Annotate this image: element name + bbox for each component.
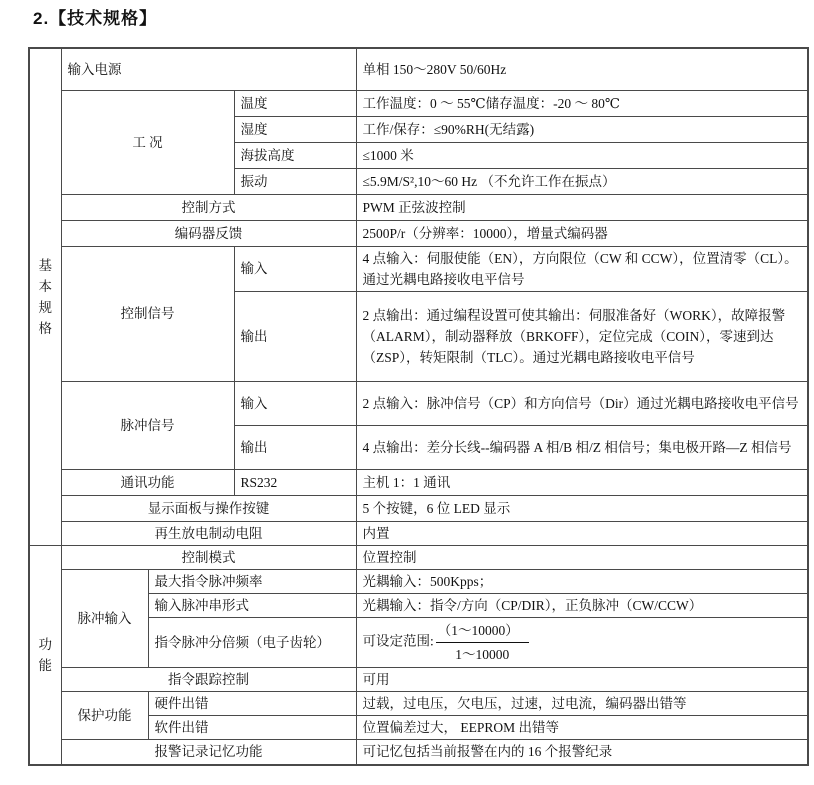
cell-alarm-memory-value: 可记忆包括当前报警在内的 16 个报警纪录 [356, 739, 808, 765]
cell-pulse-form-value: 光耦输入：指令/方向（CP/DIR），正负脉冲（CW/CCW） [356, 593, 808, 617]
cell-protection-label: 保护功能 [61, 691, 148, 739]
table-row: 基 本 规 格 输入电源 单相 150～280V 50/60Hz [29, 48, 808, 90]
table-row: 功 能 控制模式 位置控制 [29, 545, 808, 569]
cell-group-function: 功 能 [29, 545, 61, 765]
cell-control-method-label: 控制方式 [61, 194, 356, 220]
cell-communication-sublabel: RS232 [234, 469, 356, 495]
cell-regen-resistor-value: 内置 [356, 521, 808, 545]
cell-display-panel-label: 显示面板与操作按键 [61, 495, 356, 521]
cell-altitude-label: 海拔高度 [234, 142, 356, 168]
cell-electronic-gear-label: 指令脉冲分倍频（电子齿轮） [148, 617, 356, 667]
cell-pulse-signal-label: 脉冲信号 [61, 381, 234, 469]
cell-communication-label: 通讯功能 [61, 469, 234, 495]
cell-control-signal-label: 控制信号 [61, 246, 234, 381]
cell-control-mode-value: 位置控制 [356, 545, 808, 569]
cell-power-value: 单相 150～280V 50/60Hz [356, 48, 808, 90]
cell-max-freq-value: 光耦输入：500Kpps； [356, 569, 808, 593]
cell-vibration-value: ≤5.9M/S²,10～60 Hz （不允许工作在振点） [356, 168, 808, 194]
table-row: 脉冲信号 输入 2 点输入：脉冲信号（CP）和方向信号（Dir）通过光耦电路接收… [29, 381, 808, 425]
cell-control-signal-input-value: 4 点输入：伺服使能（EN），方向限位（CW 和 CCW），位置清零（CL）。通… [356, 246, 808, 291]
cell-humidity-value: 工作/保存：≤90%RH(无结露) [356, 116, 808, 142]
cell-control-signal-output-label: 输出 [234, 291, 356, 381]
table-row: 脉冲输入 最大指令脉冲频率 光耦输入：500Kpps； [29, 569, 808, 593]
table-row: 保护功能 硬件出错 过载，过电压，欠电压，过速，过电流，编码器出错等 [29, 691, 808, 715]
cell-control-method-value: PWM 正弦波控制 [356, 194, 808, 220]
cell-pulse-signal-output-label: 输出 [234, 425, 356, 469]
spec-table: 基 本 规 格 输入电源 单相 150～280V 50/60Hz 工 况 温度 … [28, 47, 809, 766]
cell-environment-label: 工 况 [61, 90, 234, 194]
cell-temperature-label: 温度 [234, 90, 356, 116]
cell-software-error-value: 位置偏差过大， EEPROM 出错等 [356, 715, 808, 739]
table-row: 通讯功能 RS232 主机 1：1 通讯 [29, 469, 808, 495]
cell-command-tracking-label: 指令跟踪控制 [61, 667, 356, 691]
cell-pulse-input-label: 脉冲输入 [61, 569, 148, 667]
gear-range-prefix: 可设定范围: [363, 633, 434, 648]
cell-vibration-label: 振动 [234, 168, 356, 194]
table-row: 控制方式 PWM 正弦波控制 [29, 194, 808, 220]
gear-ratio-fraction: （1～10000）1～10000 [436, 620, 529, 665]
cell-software-error-label: 软件出错 [148, 715, 356, 739]
cell-power-label: 输入电源 [61, 48, 356, 90]
table-row: 工 况 温度 工作温度：0 ～ 55℃储存温度：-20 ～ 80℃ [29, 90, 808, 116]
cell-hardware-error-label: 硬件出错 [148, 691, 356, 715]
table-row: 报警记录记忆功能 可记忆包括当前报警在内的 16 个报警纪录 [29, 739, 808, 765]
cell-regen-resistor-label: 再生放电制动电阻 [61, 521, 356, 545]
cell-temperature-value: 工作温度：0 ～ 55℃储存温度：-20 ～ 80℃ [356, 90, 808, 116]
cell-command-tracking-value: 可用 [356, 667, 808, 691]
cell-altitude-value: ≤1000 米 [356, 142, 808, 168]
cell-pulse-form-label: 输入脉冲串形式 [148, 593, 356, 617]
cell-pulse-signal-output-value: 4 点输出：差分长线--编码器 A 相/B 相/Z 相信号；集电极开路—Z 相信… [356, 425, 808, 469]
cell-control-mode-label: 控制模式 [61, 545, 356, 569]
cell-max-freq-label: 最大指令脉冲频率 [148, 569, 356, 593]
gear-ratio-denominator: 1～10000 [436, 643, 529, 665]
cell-hardware-error-value: 过载，过电压，欠电压，过速，过电流，编码器出错等 [356, 691, 808, 715]
gear-ratio-numerator: （1～10000） [436, 620, 529, 643]
table-row: 编码器反馈 2500P/r（分辨率：10000），增量式编码器 [29, 220, 808, 246]
page-title: 2.【技术规格】 [33, 4, 157, 29]
cell-control-signal-input-label: 输入 [234, 246, 356, 291]
table-row: 显示面板与操作按键 5 个按键，6 位 LED 显示 [29, 495, 808, 521]
cell-group-basic: 基 本 规 格 [29, 48, 61, 545]
cell-alarm-memory-label: 报警记录记忆功能 [61, 739, 356, 765]
cell-encoder-feedback-label: 编码器反馈 [61, 220, 356, 246]
cell-communication-value: 主机 1：1 通讯 [356, 469, 808, 495]
cell-electronic-gear-value: 可设定范围:（1～10000）1～10000 [356, 617, 808, 667]
cell-control-signal-output-value: 2 点输出：通过编程设置可使其输出：伺服准备好（WORK），故障报警（ALARM… [356, 291, 808, 381]
cell-humidity-label: 湿度 [234, 116, 356, 142]
table-row: 指令跟踪控制 可用 [29, 667, 808, 691]
table-row: 再生放电制动电阻 内置 [29, 521, 808, 545]
cell-display-panel-value: 5 个按键，6 位 LED 显示 [356, 495, 808, 521]
table-row: 控制信号 输入 4 点输入：伺服使能（EN），方向限位（CW 和 CCW），位置… [29, 246, 808, 291]
cell-encoder-feedback-value: 2500P/r（分辨率：10000），增量式编码器 [356, 220, 808, 246]
cell-pulse-signal-input-label: 输入 [234, 381, 356, 425]
cell-pulse-signal-input-value: 2 点输入：脉冲信号（CP）和方向信号（Dir）通过光耦电路接收电平信号 [356, 381, 808, 425]
